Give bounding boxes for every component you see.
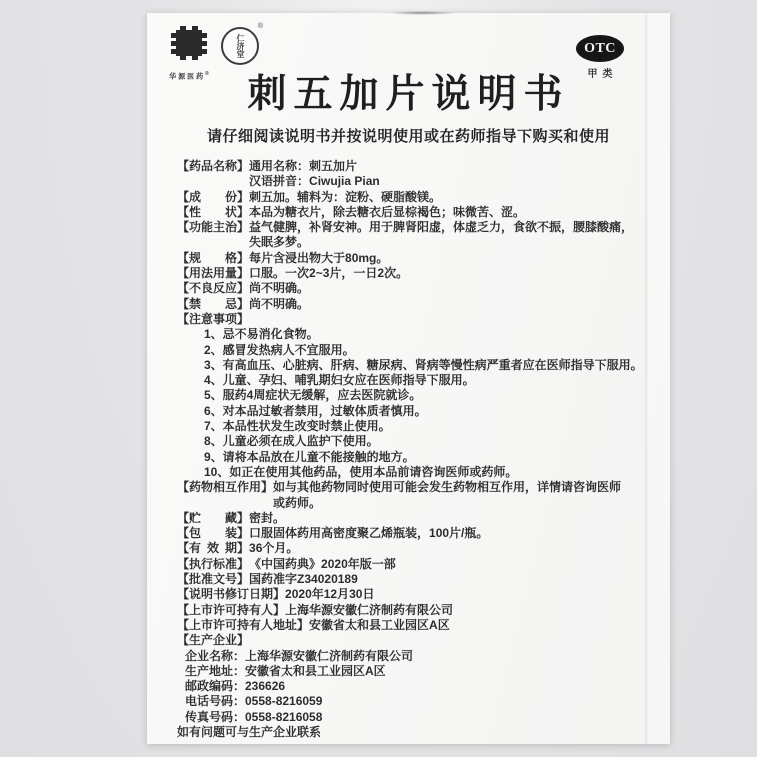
- renjitang-seal-icon: 仁济堂 ®: [221, 27, 259, 65]
- otc-label: OTC: [584, 41, 616, 57]
- field-label: 药品名称: [189, 159, 237, 174]
- row-specification: 【规格】 每片含浸出物大于80mg。: [177, 251, 657, 266]
- field-value: 上海华源安徽仁济制药有限公司: [285, 603, 657, 618]
- precaution-item: 3、有高血压、心脏病、肝病、糖尿病、肾病等慢性病严重者应在医师指导下服用。: [177, 358, 657, 373]
- manufacturer-details: 企业名称：上海华源安徽仁济制药有限公司 生产地址：安徽省太和县工业园区A区 邮政…: [177, 649, 657, 725]
- field-value: 安徽省太和县工业园区A区: [309, 618, 657, 633]
- row-dosage: 【用法用量】 口服。一次2~3片，一日2次。: [177, 266, 657, 281]
- row-standard: 【执行标准】 《中国药典》2020年版一部: [177, 557, 657, 572]
- paper-edge-shadow: [387, 11, 457, 15]
- field-label: 成份: [189, 190, 237, 205]
- registered-mark: ®: [205, 71, 209, 77]
- field-value: 密封。: [249, 511, 657, 526]
- field-value: 通用名称：刺五加片 汉语拼音：Ciwujia Pian: [249, 159, 657, 190]
- company-address-line: 生产地址：安徽省太和县工业园区A区: [177, 664, 657, 679]
- row-storage: 【贮藏】 密封。: [177, 511, 657, 526]
- precaution-item: 7、本品性状发生改变时禁止使用。: [177, 419, 657, 434]
- field-value: 2020年12月30日: [285, 587, 657, 602]
- field-label: 注意事项: [189, 312, 237, 327]
- field-value: 尚不明确。: [249, 297, 657, 312]
- contact-footer: 如有问题可与生产企业联系: [177, 725, 657, 740]
- company-name-line: 企业名称：上海华源安徽仁济制药有限公司: [177, 649, 657, 664]
- company-fax-line: 传真号码：0558-8216058: [177, 710, 657, 725]
- precaution-item: 6、对本品过敏者禁用，过敏体质者慎用。: [177, 404, 657, 419]
- field-value: 36个月。: [249, 541, 657, 556]
- registered-mark: ®: [258, 23, 263, 30]
- row-adverse-reactions: 【不良反应】 尚不明确。: [177, 281, 657, 296]
- leaflet-paper: 华源医药® 仁济堂 ® OTC 甲类 刺五加片说明书 请仔细阅读说明书并按说明使…: [147, 13, 670, 744]
- row-drug-name: 【药品名称】 通用名称：刺五加片 汉语拼音：Ciwujia Pian: [177, 159, 657, 190]
- field-label: 用法用量: [189, 266, 237, 281]
- row-manufacturer: 【生产企业】: [177, 633, 657, 648]
- row-revision-date: 【说明书修订日期】 2020年12月30日: [177, 587, 657, 602]
- row-indications: 【功能主治】 益气健脾，补肾安神。用于脾肾阳虚，体虚乏力，食欲不振，腰膝酸痛， …: [177, 220, 657, 251]
- company-postcode-line: 邮政编码：236626: [177, 679, 657, 694]
- otc-class-label: 甲类: [581, 65, 624, 80]
- row-license-holder: 【上市许可持有人】 上海华源安徽仁济制药有限公司: [177, 603, 657, 618]
- row-precautions: 【注意事项】: [177, 312, 657, 327]
- field-value: 益气健脾，补肾安神。用于脾肾阳虚，体虚乏力，食欲不振，腰膝酸痛， 失眠多梦。: [249, 220, 657, 251]
- field-label: 上市许可持有人: [189, 603, 273, 618]
- huayuan-logo-caption: 华源医药®: [163, 71, 215, 81]
- row-properties: 【性状】 本品为糖衣片，除去糖衣后显棕褐色；味微苦、涩。: [177, 205, 657, 220]
- precaution-item: 4、儿童、孕妇、哺乳期妇女应在医师指导下服用。: [177, 373, 657, 388]
- field-label: 包装: [189, 526, 237, 541]
- otc-badge: OTC: [576, 35, 624, 62]
- field-value: 尚不明确。: [249, 281, 657, 296]
- field-label: 有效期: [189, 541, 237, 556]
- row-contraindications: 【禁忌】 尚不明确。: [177, 297, 657, 312]
- field-label: 执行标准: [189, 557, 237, 572]
- precautions-list: 1、忌不易消化食物。 2、感冒发热病人不宜服用。 3、有高血压、心脏病、肝病、糖…: [177, 327, 657, 480]
- field-value: 刺五加。辅料为：淀粉、硬脂酸镁。: [249, 190, 657, 205]
- field-value: 《中国药典》2020年版一部: [249, 557, 657, 572]
- field-label: 禁忌: [189, 297, 237, 312]
- row-interactions: 【药物相互作用】 如与其他药物同时使用可能会发生药物相互作用，详情请咨询医师 或…: [177, 480, 657, 511]
- field-value: 本品为糖衣片，除去糖衣后显棕褐色；味微苦、涩。: [249, 205, 657, 220]
- field-value: 国药准字Z34020189: [249, 572, 657, 587]
- field-value: 口服固体药用高密度聚乙烯瓶装，100片/瓶。: [249, 526, 657, 541]
- row-ingredients: 【成份】 刺五加。辅料为：淀粉、硬脂酸镁。: [177, 190, 657, 205]
- field-value: 如与其他药物同时使用可能会发生药物相互作用，详情请咨询医师 或药师。: [273, 480, 657, 511]
- field-label: 批准文号: [189, 572, 237, 587]
- row-license-holder-address: 【上市许可持有人地址】 安徽省太和县工业园区A区: [177, 618, 657, 633]
- leaflet-content: 【药品名称】 通用名称：刺五加片 汉语拼音：Ciwujia Pian 【成份】 …: [177, 159, 657, 740]
- otc-mark: OTC 甲类: [576, 35, 624, 80]
- precaution-item: 9、请将本品放在儿童不能接触的地方。: [177, 450, 657, 465]
- precaution-item: 2、感冒发热病人不宜服用。: [177, 343, 657, 358]
- precaution-item: 8、儿童必须在成人监护下使用。: [177, 434, 657, 449]
- field-label: 功能主治: [189, 220, 237, 235]
- field-label: 规格: [189, 251, 237, 266]
- field-label: 生产企业: [189, 633, 237, 648]
- huayuan-logo-icon: [167, 26, 211, 64]
- precaution-item: 5、服药4周症状无缓解，应去医院就诊。: [177, 388, 657, 403]
- field-label: 不良反应: [189, 281, 237, 296]
- page-subtitle: 请仔细阅读说明书并按说明使用或在药师指导下购买和使用: [147, 125, 670, 146]
- precaution-item: 1、忌不易消化食物。: [177, 327, 657, 342]
- field-label: 上市许可持有人地址: [189, 618, 297, 633]
- field-label: 说明书修订日期: [189, 587, 273, 602]
- field-label: 性状: [189, 205, 237, 220]
- field-label: 药物相互作用: [189, 480, 261, 495]
- company-phone-line: 电话号码：0558-8216059: [177, 694, 657, 709]
- row-approval-number: 【批准文号】 国药准字Z34020189: [177, 572, 657, 587]
- row-validity: 【有效期】 36个月。: [177, 541, 657, 556]
- row-packaging: 【包装】 口服固体药用高密度聚乙烯瓶装，100片/瓶。: [177, 526, 657, 541]
- field-value: 每片含浸出物大于80mg。: [249, 251, 657, 266]
- field-label: 贮藏: [189, 511, 237, 526]
- field-value: 口服。一次2~3片，一日2次。: [249, 266, 657, 281]
- huayuan-logo: 华源医药®: [163, 26, 215, 81]
- precaution-item: 10、如正在使用其他药品，使用本品前请咨询医师或药师。: [177, 465, 657, 480]
- seal-text: 仁济堂: [236, 34, 244, 58]
